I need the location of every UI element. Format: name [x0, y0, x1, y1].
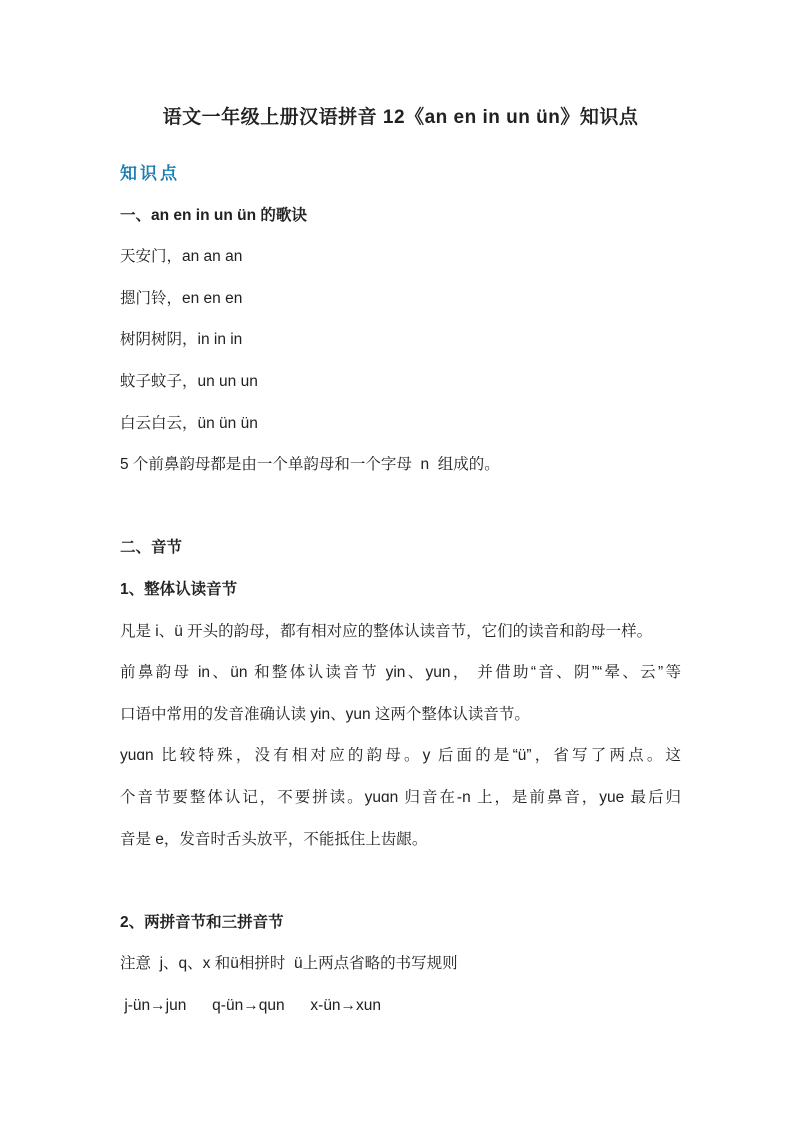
- paragraph-line: 口语中常用的发音准确认读 yin、yun 这两个整体认读音节。: [120, 694, 681, 736]
- section-2-heading: 二、音节: [120, 527, 681, 569]
- title-spacer: [120, 139, 681, 153]
- doc-title: 语文一年级上册汉语拼音 12《an en in un ün》知识点: [120, 97, 681, 139]
- section-1-heading: 一、an en in un ün 的歌诀: [120, 195, 681, 237]
- subsection-2-heading: 2、两拼音节和三拼音节: [120, 902, 681, 944]
- paragraph-line: 音是 e，发音时舌头放平，不能抵住上齿龈。: [120, 819, 681, 861]
- blank-line: [120, 486, 681, 528]
- paragraph-line: 凡是 i、ü 开头的韵母，都有相对应的整体认读音节，它们的读音和韵母一样。: [120, 611, 681, 653]
- document-page: 语文一年级上册汉语拼音 12《an en in un ün》知识点 知识点 一、…: [0, 0, 793, 1122]
- blank-line: [120, 860, 681, 902]
- chant-line-in: 树阴树阴，in in in: [120, 319, 681, 361]
- spelling-rule: 注意 j、q、x 和ü相拼时 ü上两点省略的书写规则: [120, 943, 681, 985]
- spelling-examples: j-ün→jun q-ün→qun x-ün→xun: [120, 985, 681, 1027]
- chant-line-un: 蚊子蚊子，un un un: [120, 361, 681, 403]
- chant-line-an: 天安门，an an an: [120, 236, 681, 278]
- knowledge-points-heading: 知识点: [120, 153, 681, 195]
- paragraph-line: 前鼻韵母 in、ün 和整体认读音节 yin、yun， 并借助“音、阴”“晕、云…: [120, 652, 681, 694]
- paragraph-line: yuɑn 比较特殊，没有相对应的韵母。y 后面的是“ü”，省写了两点。这: [120, 735, 681, 777]
- subsection-1-heading: 1、整体认读音节: [120, 569, 681, 611]
- paragraph-line: 个音节要整体认记，不要拼读。yuɑn 归音在-n 上，是前鼻音，yue 最后归: [120, 777, 681, 819]
- chant-line-uun: 白云白云，ün ün ün: [120, 403, 681, 445]
- chant-note: 5 个前鼻韵母都是由一个单韵母和一个字母 n 组成的。: [120, 444, 681, 486]
- chant-line-en: 摁门铃，en en en: [120, 278, 681, 320]
